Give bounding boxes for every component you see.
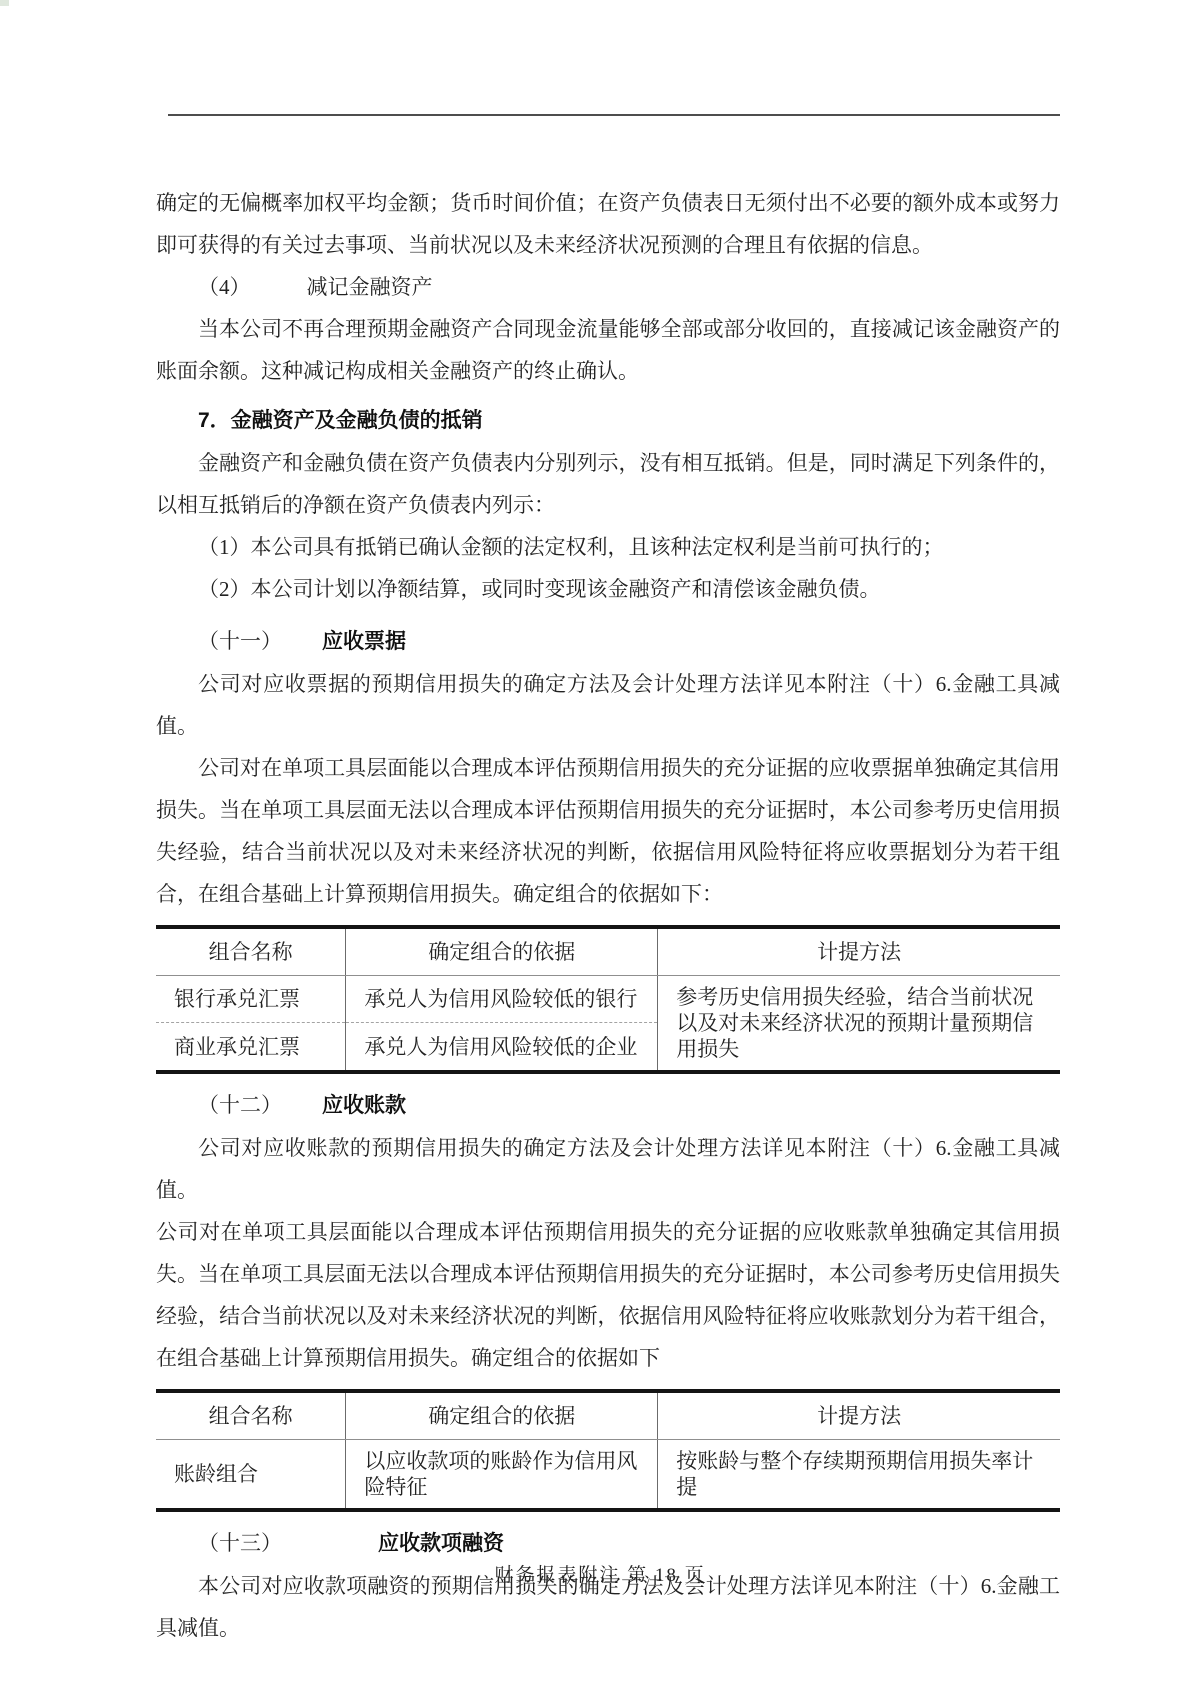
cell-basis: 以应收款项的账龄作为信用风险特征 — [346, 1440, 658, 1511]
section-11-heading: （十一）应收票据 — [156, 620, 1060, 663]
item-4-title: 减记金融资产 — [307, 275, 433, 299]
condition-2: （2）本公司计划以净额结算，或同时变现该金融资产和清偿该金融负债。 — [156, 568, 1060, 610]
column-header-basis: 确定组合的依据 — [346, 927, 658, 976]
table-header-row: 组合名称 确定组合的依据 计提方法 — [156, 927, 1060, 976]
section-12-paragraph-2: 公司对在单项工具层面能以合理成本评估预期信用损失的充分证据的应收账款单独确定其信… — [156, 1211, 1060, 1379]
cell-basis: 承兑人为信用风险较低的企业 — [346, 1023, 658, 1072]
section-11-number: （十一） — [198, 629, 282, 653]
section-12-paragraph-1: 公司对应收账款的预期信用损失的确定方法及会计处理方法详见本附注（十）6.金融工具… — [156, 1127, 1060, 1211]
paragraph-writeoff: 当本公司不再合理预期金融资产合同现金流量能够全部或部分收回的，直接减记该金融资产… — [156, 308, 1060, 392]
column-header-portfolio-name: 组合名称 — [156, 927, 346, 976]
table-row: 账龄组合 以应收款项的账龄作为信用风险特征 按账龄与整个存续期预期信用损失率计提 — [156, 1440, 1060, 1511]
page-footer: 财务报表附注 第 18 页 — [0, 1560, 1200, 1587]
document-body: 确定的无偏概率加权平均金额；货币时间价值；在资产负债表日无须付出不必要的额外成本… — [156, 182, 1060, 1649]
page-header-rule — [168, 114, 1060, 116]
cell-portfolio-name: 账龄组合 — [156, 1440, 346, 1511]
heading-7-offsetting: 7．金融资产及金融负债的抵销 — [156, 400, 1060, 442]
section-13-number: （十三） — [198, 1531, 282, 1555]
section-11-title: 应收票据 — [322, 630, 406, 653]
section-11-paragraph-2: 公司对在单项工具层面能以合理成本评估预期信用损失的充分证据的应收票据单独确定其信… — [156, 747, 1060, 915]
column-header-method: 计提方法 — [658, 927, 1060, 976]
column-header-method: 计提方法 — [658, 1391, 1060, 1440]
table-row: 银行承兑汇票 承兑人为信用风险较低的银行 参考历史信用损失经验，结合当前状况以及… — [156, 976, 1060, 1023]
document-page: 确定的无偏概率加权平均金额；货币时间价值；在资产负债表日无须付出不必要的额外成本… — [0, 0, 1200, 1697]
cell-portfolio-name: 商业承兑汇票 — [156, 1023, 346, 1072]
paragraph-offset-intro: 金融资产和金融负债在资产负债表内分别列示，没有相互抵销。但是，同时满足下列条件的… — [156, 442, 1060, 526]
cell-method-merged: 参考历史信用损失经验，结合当前状况以及对未来经济状况的预期计量预期信用损失 — [658, 976, 1060, 1073]
item-4-number: （4） — [198, 275, 251, 299]
section-12-number: （十二） — [198, 1093, 282, 1117]
cell-portfolio-name: 银行承兑汇票 — [156, 976, 346, 1023]
cell-method: 按账龄与整个存续期预期信用损失率计提 — [658, 1440, 1060, 1511]
column-header-portfolio-name: 组合名称 — [156, 1391, 346, 1440]
notes-receivable-portfolio-table: 组合名称 确定组合的依据 计提方法 银行承兑汇票 承兑人为信用风险较低的银行 参… — [156, 925, 1060, 1074]
item-4-heading: （4）减记金融资产 — [156, 266, 1060, 308]
condition-1: （1）本公司具有抵销已确认金额的法定权利，且该种法定权利是当前可执行的； — [156, 526, 1060, 568]
section-13-heading: （十三）应收款项融资 — [156, 1522, 1060, 1565]
scan-corner-artifact — [0, 0, 9, 6]
section-11-paragraph-1: 公司对应收票据的预期信用损失的确定方法及会计处理方法详见本附注（十）6.金融工具… — [156, 663, 1060, 747]
section-13-title: 应收款项融资 — [378, 1532, 504, 1555]
column-header-basis: 确定组合的依据 — [346, 1391, 658, 1440]
paragraph-carryover: 确定的无偏概率加权平均金额；货币时间价值；在资产负债表日无须付出不必要的额外成本… — [156, 182, 1060, 266]
section-12-heading: （十二）应收账款 — [156, 1084, 1060, 1127]
accounts-receivable-portfolio-table: 组合名称 确定组合的依据 计提方法 账龄组合 以应收款项的账龄作为信用风险特征 … — [156, 1389, 1060, 1512]
cell-basis: 承兑人为信用风险较低的银行 — [346, 976, 658, 1023]
section-12-title: 应收账款 — [322, 1094, 406, 1117]
table-header-row: 组合名称 确定组合的依据 计提方法 — [156, 1391, 1060, 1440]
